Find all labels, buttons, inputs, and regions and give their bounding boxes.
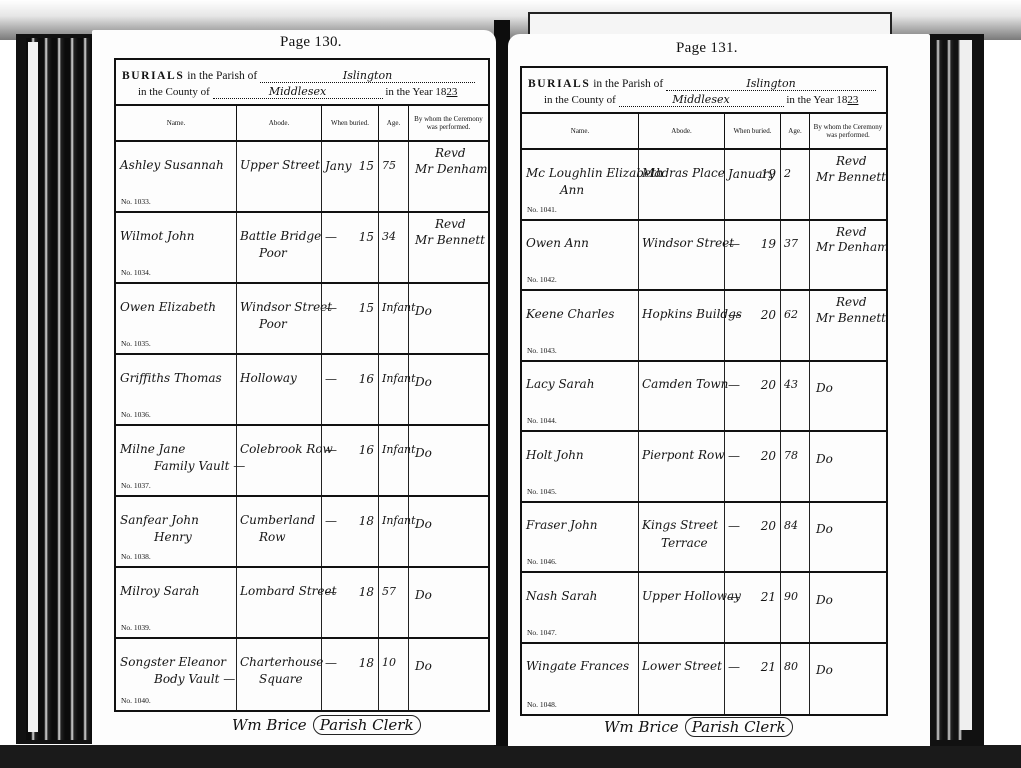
abode-cell: Lombard Street xyxy=(237,568,322,637)
burial-register-table: BURIALS in the Parish of Islington in th… xyxy=(114,58,490,712)
when-buried-cell: —16 xyxy=(322,355,379,424)
parish-line: BURIALS in the Parish of Islington xyxy=(528,77,876,91)
column-header-officiant: By whom the Ceremony was performed. xyxy=(409,106,488,140)
deceased-name: Wingate Frances xyxy=(526,659,629,673)
parish-value: Islington xyxy=(666,77,876,91)
officiant-cell: Do xyxy=(810,573,886,642)
abode-cell: Hopkins Buildgs xyxy=(639,291,725,360)
burial-month: — xyxy=(325,585,337,599)
signature-role: Parish Clerk xyxy=(313,715,421,735)
register-entry: Ashley SusannahNo. 1033.Upper StreetJany… xyxy=(116,142,488,213)
officiant-title: Revd xyxy=(435,217,466,231)
age: 78 xyxy=(784,449,798,462)
officiant-cell: Do xyxy=(409,497,488,566)
abode: Windsor Street xyxy=(240,300,332,314)
age-cell: 10 xyxy=(379,639,409,710)
deceased-name: Griffiths Thomas xyxy=(120,371,222,385)
abode-line2: Poor xyxy=(259,317,287,331)
year-prefix: in the Year 18 xyxy=(786,94,847,106)
abode-cell: CharterhouseSquare xyxy=(237,639,322,710)
abode: Pierpont Row xyxy=(642,448,725,462)
when-buried-cell: —18 xyxy=(322,497,379,566)
page-edge-highlight-right xyxy=(960,40,972,730)
when-buried-cell: —20 xyxy=(725,291,781,360)
age-cell: 43 xyxy=(781,362,810,431)
year-prefix: in the Year 18 xyxy=(385,86,446,98)
abode-cell: Battle BridgePoor xyxy=(237,213,322,282)
name-cell: Keene CharlesNo. 1043. xyxy=(522,291,639,360)
abode: Camden Town xyxy=(642,377,728,391)
year-value: 23 xyxy=(446,86,457,98)
abode-line2: Poor xyxy=(259,246,287,260)
age: 90 xyxy=(784,590,798,603)
age-cell: Infant xyxy=(379,355,409,424)
officiant-cell: RevdMr Bennett xyxy=(810,291,886,360)
burial-day: 19 xyxy=(761,237,776,251)
abode: Kings Street xyxy=(642,518,718,532)
age: 37 xyxy=(784,237,798,250)
when-buried-cell: Jany15 xyxy=(322,142,379,211)
burial-month: — xyxy=(325,443,337,457)
burial-day: 21 xyxy=(761,590,776,604)
entry-number: No. 1037. xyxy=(121,481,151,490)
year-value: 23 xyxy=(847,94,858,106)
county-value: Middlesex xyxy=(213,85,383,99)
entry-number: No. 1036. xyxy=(121,410,151,419)
deceased-name-line2: Body Vault — xyxy=(154,672,235,686)
burial-day: 19 xyxy=(761,167,776,181)
deceased-name: Owen Ann xyxy=(526,236,589,250)
burial-month: — xyxy=(325,656,337,670)
officiant-name: Do xyxy=(415,375,432,389)
officiant-cell: Do xyxy=(409,355,488,424)
officiant-name: Do xyxy=(415,304,432,318)
abode-line2: Square xyxy=(259,672,303,686)
officiant-name: Do xyxy=(415,517,432,531)
burial-month: — xyxy=(728,449,740,463)
entry-number: No. 1047. xyxy=(527,628,557,637)
register-entry: Wingate FrancesNo. 1048.Lower Street—218… xyxy=(522,644,886,715)
abode-cell: Colebrook Row xyxy=(237,426,322,495)
burial-month: — xyxy=(325,372,337,386)
officiant-name: Do xyxy=(415,446,432,460)
register-entry: Keene CharlesNo. 1043.Hopkins Buildgs—20… xyxy=(522,291,886,362)
officiant-name: Mr Bennett xyxy=(415,233,485,247)
name-cell: Milne JaneFamily Vault —No. 1037. xyxy=(116,426,237,495)
county-line: in the County of Middlesex in the Year 1… xyxy=(544,93,858,107)
name-cell: Songster EleanorBody Vault —No. 1040. xyxy=(116,639,237,710)
abode: Battle Bridge xyxy=(240,229,321,243)
abode-cell: Upper Holloway xyxy=(639,573,725,642)
age-cell: Infant xyxy=(379,426,409,495)
officiant-cell: Do xyxy=(810,503,886,572)
entry-number: No. 1048. xyxy=(527,700,557,709)
officiant-cell: Do xyxy=(409,284,488,353)
age: 43 xyxy=(784,378,798,391)
age-cell: 75 xyxy=(379,142,409,211)
deceased-name: Milroy Sarah xyxy=(120,584,200,598)
burial-day: 15 xyxy=(359,230,374,244)
register-entry: Holt JohnNo. 1045.Pierpont Row—2078Do xyxy=(522,432,886,503)
age-cell: 57 xyxy=(379,568,409,637)
when-buried-cell: —20 xyxy=(725,432,781,501)
burial-month: — xyxy=(728,237,740,251)
officiant-cell: Do xyxy=(810,362,886,431)
age-cell: 80 xyxy=(781,644,810,715)
abode: Lower Street xyxy=(642,659,722,673)
burial-day: 16 xyxy=(359,372,374,386)
when-buried-cell: —15 xyxy=(322,213,379,282)
burial-day: 20 xyxy=(761,519,776,533)
abode-cell: Pierpont Row xyxy=(639,432,725,501)
name-cell: Owen AnnNo. 1042. xyxy=(522,221,639,290)
officiant-cell: Do xyxy=(409,639,488,710)
when-buried-cell: —18 xyxy=(322,568,379,637)
page-130: Page 130. BURIALS in the Parish of Islin… xyxy=(92,30,496,745)
officiant-name: Do xyxy=(816,452,833,466)
deceased-name-line2: Henry xyxy=(154,530,192,544)
officiant-cell: RevdMr Denham xyxy=(810,221,886,290)
page-number: Page 130. xyxy=(280,34,342,51)
burial-month: — xyxy=(325,514,337,528)
burial-month: — xyxy=(325,301,337,315)
page-131: Page 131. BURIALS in the Parish of Islin… xyxy=(508,34,930,746)
name-cell: Sanfear JohnHenryNo. 1038. xyxy=(116,497,237,566)
officiant-name: Mr Bennett xyxy=(816,170,886,184)
column-headers: Name. Abode. When buried. Age. By whom t… xyxy=(116,106,488,142)
abode: Madras Place xyxy=(642,166,725,180)
age: 80 xyxy=(784,660,798,673)
age-cell: 37 xyxy=(781,221,810,290)
deceased-name: Keene Charles xyxy=(526,307,614,321)
when-buried-cell: —21 xyxy=(725,644,781,715)
entry-number: No. 1046. xyxy=(527,557,557,566)
entry-number: No. 1038. xyxy=(121,552,151,561)
burials-label: BURIALS xyxy=(528,78,590,90)
abode: Charterhouse xyxy=(240,655,323,669)
county-value: Middlesex xyxy=(619,93,784,107)
register-entry: Sanfear JohnHenryNo. 1038.CumberlandRow—… xyxy=(116,497,488,568)
name-cell: Milroy SarahNo. 1039. xyxy=(116,568,237,637)
when-buried-cell: —20 xyxy=(725,503,781,572)
register-entry: Mc Loughlin ElizabethAnnNo. 1041.Madras … xyxy=(522,150,886,221)
entry-number: No. 1035. xyxy=(121,339,151,348)
column-header-abode: Abode. xyxy=(639,114,725,148)
entry-number: No. 1039. xyxy=(121,623,151,632)
parish-value: Islington xyxy=(260,69,475,83)
abode-cell: Kings StreetTerrace xyxy=(639,503,725,572)
name-cell: Ashley SusannahNo. 1033. xyxy=(116,142,237,211)
officiant-name: Do xyxy=(816,663,833,677)
age: 62 xyxy=(784,308,798,321)
abode-cell: Camden Town xyxy=(639,362,725,431)
entry-number: No. 1034. xyxy=(121,268,151,277)
deceased-name: Nash Sarah xyxy=(526,589,597,603)
age: 2 xyxy=(784,167,791,180)
abode: Windsor Street xyxy=(642,236,734,250)
when-buried-cell: —20 xyxy=(725,362,781,431)
column-header-when-buried: When buried. xyxy=(725,114,781,148)
burial-day: 18 xyxy=(359,656,374,670)
officiant-title: Revd xyxy=(836,295,867,309)
officiant-name: Do xyxy=(415,588,432,602)
age-cell: 78 xyxy=(781,432,810,501)
column-header-name: Name. xyxy=(522,114,639,148)
name-cell: Griffiths ThomasNo. 1036. xyxy=(116,355,237,424)
abode: Holloway xyxy=(240,371,297,385)
entries: Mc Loughlin ElizabethAnnNo. 1041.Madras … xyxy=(522,150,886,714)
burial-day: 20 xyxy=(761,308,776,322)
register-entry: Owen AnnNo. 1042.Windsor Street—1937Revd… xyxy=(522,221,886,292)
page-number: Page 131. xyxy=(676,40,738,57)
name-cell: Wilmot JohnNo. 1034. xyxy=(116,213,237,282)
deceased-name: Milne Jane xyxy=(120,442,185,456)
age: 57 xyxy=(382,585,396,598)
burial-month: — xyxy=(728,308,740,322)
abode: Upper Street xyxy=(240,158,320,172)
entry-number: No. 1045. xyxy=(527,487,557,496)
abode: Colebrook Row xyxy=(240,442,333,456)
officiant-cell: Do xyxy=(409,426,488,495)
abode-cell: Upper Street xyxy=(237,142,322,211)
officiant-name: Mr Denham xyxy=(415,162,488,176)
when-buried-cell: —15 xyxy=(322,284,379,353)
register-entry: Nash SarahNo. 1047.Upper Holloway—2190Do xyxy=(522,573,886,644)
column-header-officiant: By whom the Ceremony was performed. xyxy=(810,114,886,148)
signature-name: Wm Brice xyxy=(604,718,679,736)
burial-day: 18 xyxy=(359,514,374,528)
register-entry: Fraser JohnNo. 1046.Kings StreetTerrace—… xyxy=(522,503,886,574)
name-cell: Fraser JohnNo. 1046. xyxy=(522,503,639,572)
entry-number: No. 1041. xyxy=(527,205,557,214)
turned-page-strip xyxy=(528,12,892,36)
signature-name: Wm Brice xyxy=(232,716,307,734)
age: 84 xyxy=(784,519,798,532)
register-entry: Wilmot JohnNo. 1034.Battle BridgePoor—15… xyxy=(116,213,488,284)
age-cell: 34 xyxy=(379,213,409,282)
abode-cell: Windsor StreetPoor xyxy=(237,284,322,353)
when-buried-cell: —19 xyxy=(725,221,781,290)
burial-day: 20 xyxy=(761,449,776,463)
burial-day: 15 xyxy=(359,159,374,173)
burial-day: 20 xyxy=(761,378,776,392)
register-heading: BURIALS in the Parish of Islington in th… xyxy=(116,60,488,106)
deceased-name: Lacy Sarah xyxy=(526,377,594,391)
county-prefix: in the County of xyxy=(544,94,616,106)
deceased-name: Sanfear John xyxy=(120,513,199,527)
register-entry: Lacy SarahNo. 1044.Camden Town—2043Do xyxy=(522,362,886,433)
burial-month: — xyxy=(728,660,740,674)
when-buried-cell: —16 xyxy=(322,426,379,495)
deceased-name: Songster Eleanor xyxy=(120,655,226,669)
abode-cell: CumberlandRow xyxy=(237,497,322,566)
officiant-name: Do xyxy=(816,593,833,607)
entry-number: No. 1040. xyxy=(121,696,151,705)
burial-day: 16 xyxy=(359,443,374,457)
age: 10 xyxy=(382,656,396,669)
name-cell: Nash SarahNo. 1047. xyxy=(522,573,639,642)
page-edges-right xyxy=(932,40,962,740)
name-cell: Holt JohnNo. 1045. xyxy=(522,432,639,501)
clerk-signature: Wm BriceParish Clerk xyxy=(604,718,793,736)
deceased-name: Fraser John xyxy=(526,518,598,532)
officiant-cell: RevdMr Bennett xyxy=(810,150,886,219)
burial-month: — xyxy=(728,378,740,392)
background-shadow-bottom xyxy=(0,745,1021,768)
county-line: in the County of Middlesex in the Year 1… xyxy=(138,85,457,99)
column-header-abode: Abode. xyxy=(237,106,322,140)
signature-role: Parish Clerk xyxy=(685,717,793,737)
abode-cell: Lower Street xyxy=(639,644,725,715)
officiant-cell: RevdMr Bennett xyxy=(409,213,488,282)
abode-line2: Row xyxy=(259,530,286,544)
officiant-cell: RevdMr Denham xyxy=(409,142,488,211)
when-buried-cell: —18 xyxy=(322,639,379,710)
officiant-cell: Do xyxy=(409,568,488,637)
age-cell: 62 xyxy=(781,291,810,360)
entry-number: No. 1044. xyxy=(527,416,557,425)
when-buried-cell: —21 xyxy=(725,573,781,642)
burial-register-table: BURIALS in the Parish of Islington in th… xyxy=(520,66,888,716)
abode: Cumberland xyxy=(240,513,315,527)
parish-line: BURIALS in the Parish of Islington xyxy=(122,69,475,83)
clerk-signature: Wm BriceParish Clerk xyxy=(232,716,421,734)
burial-month: — xyxy=(728,519,740,533)
deceased-name: Owen Elizabeth xyxy=(120,300,216,314)
name-cell: Wingate FrancesNo. 1048. xyxy=(522,644,639,715)
parish-prefix: in the Parish of xyxy=(187,70,257,82)
officiant-name: Do xyxy=(816,522,833,536)
burial-month: Jany xyxy=(325,159,351,173)
deceased-name-line2: Ann xyxy=(560,183,584,197)
column-header-age: Age. xyxy=(379,106,409,140)
entry-number: No. 1043. xyxy=(527,346,557,355)
abode-line2: Terrace xyxy=(661,536,708,550)
register-entry: Owen ElizabethNo. 1035.Windsor StreetPoo… xyxy=(116,284,488,355)
register-entry: Milne JaneFamily Vault —No. 1037.Colebro… xyxy=(116,426,488,497)
age-cell: Infant xyxy=(379,284,409,353)
page-edge-highlight-left xyxy=(28,42,38,732)
abode-cell: Madras Place xyxy=(639,150,725,219)
age-cell: 84 xyxy=(781,503,810,572)
deceased-name: Wilmot John xyxy=(120,229,195,243)
column-header-age: Age. xyxy=(781,114,810,148)
name-cell: Lacy SarahNo. 1044. xyxy=(522,362,639,431)
abode-cell: Windsor Street xyxy=(639,221,725,290)
deceased-name: Ashley Susannah xyxy=(120,158,224,172)
column-header-name: Name. xyxy=(116,106,237,140)
parish-prefix: in the Parish of xyxy=(593,78,663,90)
burials-label: BURIALS xyxy=(122,70,184,82)
officiant-title: Revd xyxy=(836,154,867,168)
age-cell: 90 xyxy=(781,573,810,642)
officiant-title: Revd xyxy=(836,225,867,239)
officiant-title: Revd xyxy=(435,146,466,160)
officiant-name: Mr Denham xyxy=(816,240,889,254)
age-cell: 2 xyxy=(781,150,810,219)
entries: Ashley SusannahNo. 1033.Upper StreetJany… xyxy=(116,142,488,710)
register-entry: Griffiths ThomasNo. 1036.Holloway—16Infa… xyxy=(116,355,488,426)
officiant-cell: Do xyxy=(810,644,886,715)
register-entry: Songster EleanorBody Vault —No. 1040.Cha… xyxy=(116,639,488,710)
burial-day: 18 xyxy=(359,585,374,599)
officiant-name: Do xyxy=(816,381,833,395)
deceased-name: Holt John xyxy=(526,448,584,462)
officiant-name: Mr Bennett xyxy=(816,311,886,325)
burial-month: — xyxy=(325,230,337,244)
deceased-name-line2: Family Vault — xyxy=(154,459,245,473)
column-header-when-buried: When buried. xyxy=(322,106,379,140)
name-cell: Owen ElizabethNo. 1035. xyxy=(116,284,237,353)
column-headers: Name. Abode. When buried. Age. By whom t… xyxy=(522,114,886,150)
age: 34 xyxy=(382,230,396,243)
entry-number: No. 1042. xyxy=(527,275,557,284)
name-cell: Mc Loughlin ElizabethAnnNo. 1041. xyxy=(522,150,639,219)
age: 75 xyxy=(382,159,396,172)
when-buried-cell: January19 xyxy=(725,150,781,219)
register-heading: BURIALS in the Parish of Islington in th… xyxy=(522,68,886,114)
age-cell: Infant xyxy=(379,497,409,566)
burial-day: 21 xyxy=(761,660,776,674)
burial-day: 15 xyxy=(359,301,374,315)
burial-month: — xyxy=(728,590,740,604)
officiant-cell: Do xyxy=(810,432,886,501)
county-prefix: in the County of xyxy=(138,86,210,98)
abode-cell: Holloway xyxy=(237,355,322,424)
officiant-name: Do xyxy=(415,659,432,673)
entry-number: No. 1033. xyxy=(121,197,151,206)
register-entry: Milroy SarahNo. 1039.Lombard Street—1857… xyxy=(116,568,488,639)
